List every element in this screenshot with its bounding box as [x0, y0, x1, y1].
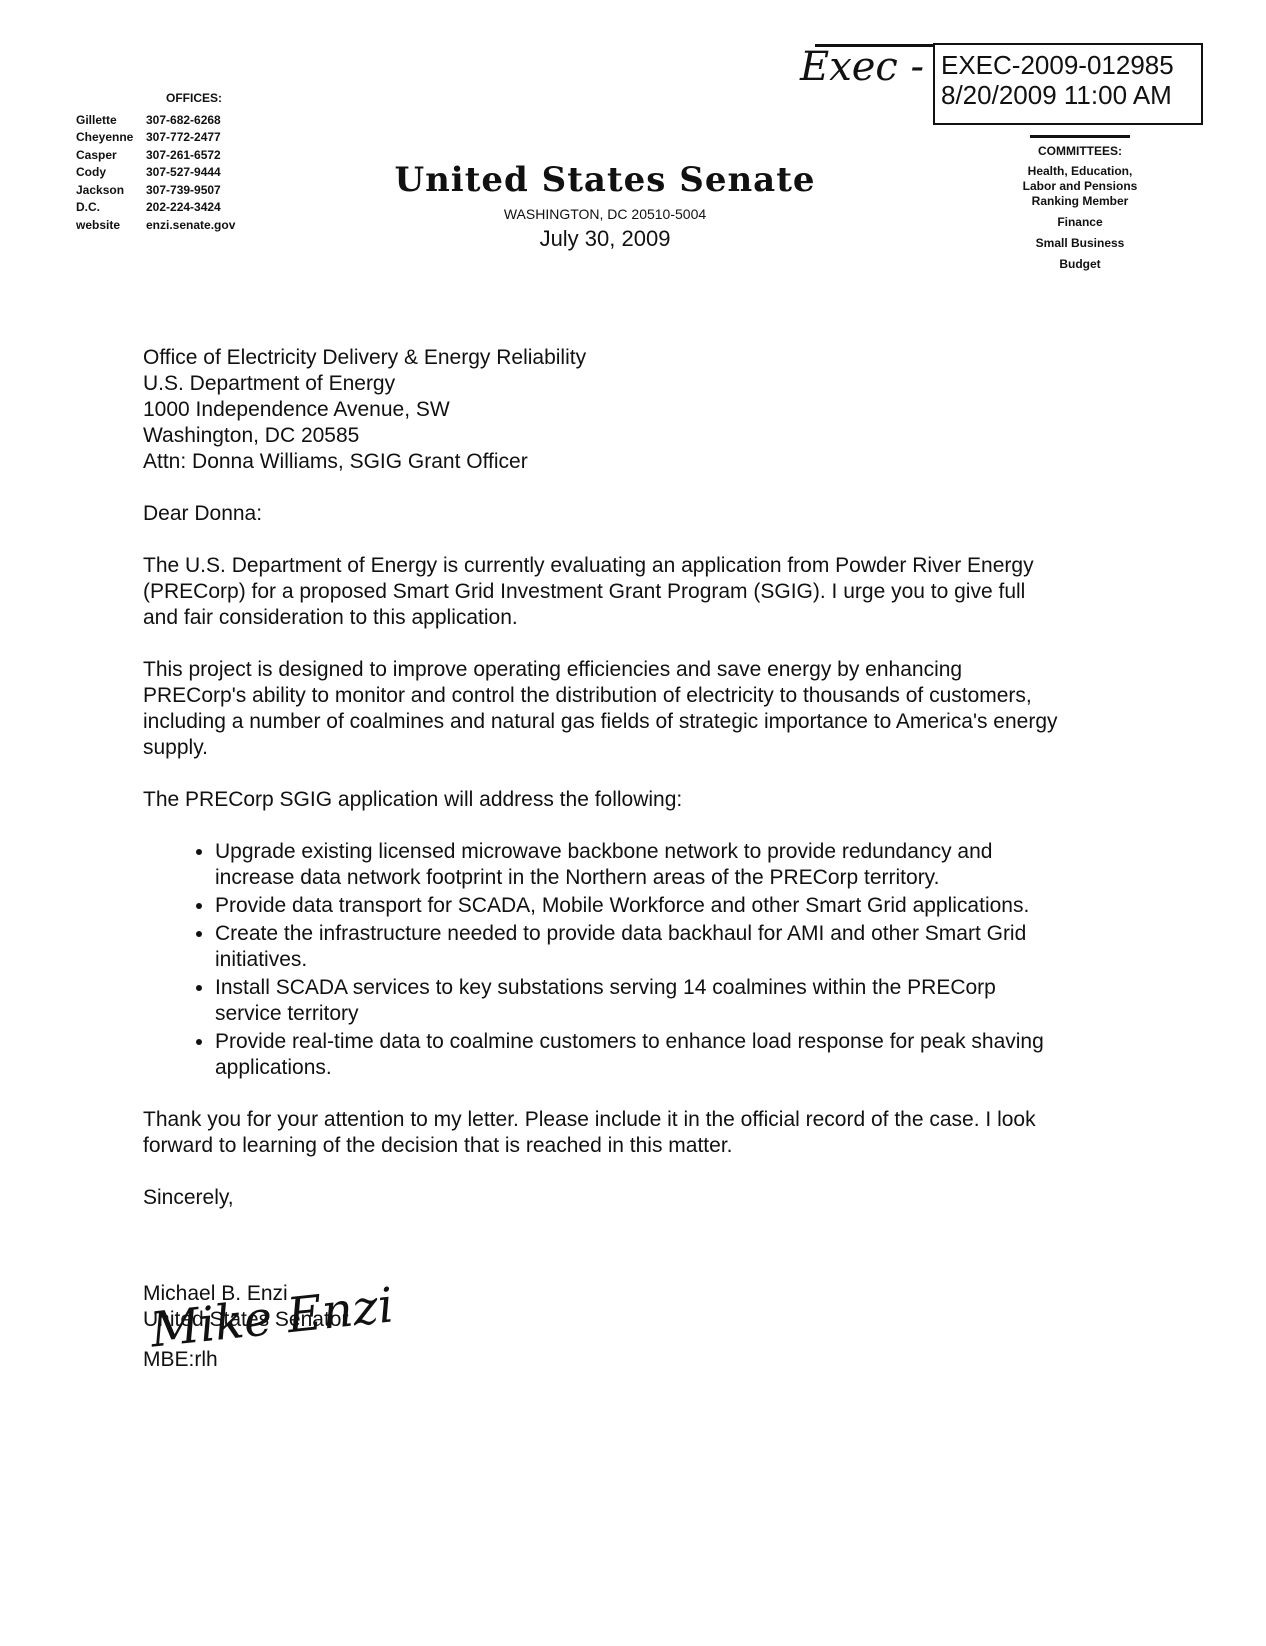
letterhead: United States Senate WASHINGTON, DC 2051… [380, 160, 830, 252]
paragraph: This project is designed to improve oper… [143, 657, 1063, 761]
office-row: Casper307-261-6572 [76, 147, 235, 165]
salutation: Dear Donna: [143, 501, 1063, 527]
letter-body: Office of Electricity Delivery & Energy … [143, 345, 1063, 1373]
offices-heading: OFFICES: [76, 90, 235, 108]
list-item: Upgrade existing licensed microwave back… [215, 839, 1063, 891]
paragraph: The U.S. Department of Energy is current… [143, 553, 1063, 631]
divider [1030, 135, 1130, 138]
stamp-id: EXEC-2009-012985 [941, 50, 1201, 80]
exec-stamp: EXEC-2009-012985 8/20/2009 11:00 AM [933, 43, 1203, 125]
letter-date: July 30, 2009 [380, 226, 830, 252]
office-row: Jackson307-739-9507 [76, 182, 235, 200]
handwritten-exec: Exec - [800, 44, 924, 90]
committee-item: Small Business [1010, 236, 1150, 251]
list-item: Install SCADA services to key substation… [215, 975, 1063, 1027]
office-row: Gillette307-682-6268 [76, 112, 235, 130]
stamp-datetime: 8/20/2009 11:00 AM [941, 80, 1201, 110]
recipient-address: Office of Electricity Delivery & Energy … [143, 345, 1063, 475]
bullet-list: Upgrade existing licensed microwave back… [143, 839, 1063, 1081]
paragraph: The PRECorp SGIG application will addres… [143, 787, 1063, 813]
office-row: websiteenzi.senate.gov [76, 217, 235, 235]
letterhead-address: WASHINGTON, DC 20510-5004 [380, 206, 830, 222]
committees: COMMITTEES: Health, Education, Labor and… [1010, 135, 1150, 272]
committee-item: Finance [1010, 215, 1150, 230]
committees-heading: COMMITTEES: [1010, 144, 1150, 158]
offices-list: OFFICES: Gillette307-682-6268 Cheyenne30… [76, 90, 235, 234]
list-item: Create the infrastructure needed to prov… [215, 921, 1063, 973]
closing: Sincerely, [143, 1185, 1063, 1211]
office-row: D.C.202-224-3424 [76, 199, 235, 217]
list-item: Provide data transport for SCADA, Mobile… [215, 893, 1063, 919]
office-row: Cody307-527-9444 [76, 164, 235, 182]
office-row: Cheyenne307-772-2477 [76, 129, 235, 147]
closing-paragraph: Thank you for your attention to my lette… [143, 1107, 1063, 1159]
list-item: Provide real-time data to coalmine custo… [215, 1029, 1063, 1081]
initials: MBE:rlh [143, 1347, 1063, 1373]
committee-item: Budget [1010, 257, 1150, 272]
committee-item: Health, Education, Labor and Pensions Ra… [1010, 164, 1150, 209]
letterhead-title: United States Senate [380, 160, 830, 200]
